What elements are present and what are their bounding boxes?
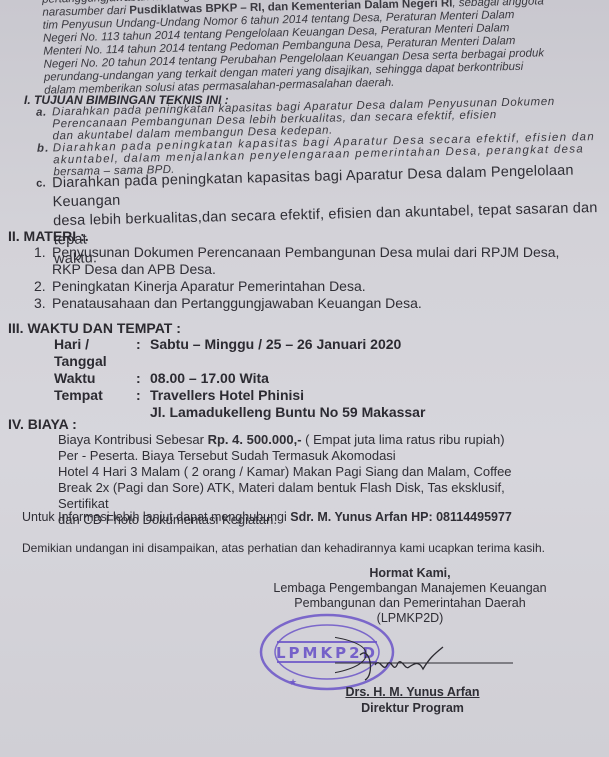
signer: Drs. H. M. Yunus Arfan Direktur Program xyxy=(340,684,485,716)
schedule-value: Travellers Hotel Phinisi xyxy=(150,387,304,404)
schedule-row: Waktu:08.00 – 17.00 Wita xyxy=(54,370,425,387)
closing-statement: Demikian undangan ini disampaikan, atas … xyxy=(22,541,545,555)
schedule-row: Hari / Tanggal:Sabtu – Minggu / 25 – 26 … xyxy=(54,336,425,370)
intro-text: pertanggungjawaban keuangan Desa. Untuk … xyxy=(42,0,609,98)
colon: : xyxy=(136,336,150,370)
biaya-amount: Rp. 4. 500.000,- xyxy=(208,432,302,447)
biaya-line: Hotel 4 Hari 3 Malam ( 2 orang / Kamar) … xyxy=(58,464,528,480)
biaya-text-segment: Biaya Kontribusi Sebesar xyxy=(58,432,208,447)
list-item: 3.Penatausahaan dan Pertanggungjawaban K… xyxy=(34,295,559,312)
invitation-letter-page: pertanggungjawaban keuangan Desa. Untuk … xyxy=(0,0,609,757)
greeting: Hormat Kami, xyxy=(250,566,570,581)
intro-text-segment: narasumber dari xyxy=(42,5,129,19)
materi-list: 1.Penyusunan Dokumen Perencanaan Pembang… xyxy=(34,244,559,312)
intro-paragraph: pertanggungjawaban keuangan Desa. Untuk … xyxy=(30,0,609,98)
intro-text-segment: , sebagai anggota xyxy=(452,0,544,9)
item-text: Penatausahaan dan Pertanggungjawaban Keu… xyxy=(52,295,422,312)
biaya-line: Break 2x (Pagi dan Sore) ATK, Materi dal… xyxy=(58,480,528,512)
section-waktu-tempat: III. WAKTU DAN TEMPAT : Hari / Tanggal:S… xyxy=(8,320,425,421)
section-heading: IV. BIAYA : xyxy=(8,416,528,432)
item-text: Peningkatan Kinerja Aparatur Pemerintaha… xyxy=(52,278,366,295)
schedule-value: 08.00 – 17.00 Wita xyxy=(150,370,269,387)
org-name: Lembaga Pengembangan Manajemen Keuangan xyxy=(250,581,570,596)
schedule-value: Sabtu – Minggu / 25 – 26 Januari 2020 xyxy=(150,336,401,370)
signer-name: Drs. H. M. Yunus Arfan xyxy=(340,684,485,700)
signer-title: Direktur Program xyxy=(340,700,485,716)
item-text: RKP Desa dan APB Desa. xyxy=(52,261,559,278)
schedule-label: Waktu xyxy=(54,370,136,387)
item-number: 3. xyxy=(34,295,52,312)
section-heading: II. MATERI :. xyxy=(8,228,559,244)
svg-text:★: ★ xyxy=(289,678,297,688)
biaya-line: Per - Peserta. Biaya Tersebut Sudah Term… xyxy=(58,448,528,464)
item-marker: a. xyxy=(36,106,53,142)
biaya-text-segment: ( Empat juta lima ratus ribu rupiah) xyxy=(302,432,505,447)
item-number: 1. xyxy=(34,244,52,278)
biaya-line: Biaya Kontribusi Sebesar Rp. 4. 500.000,… xyxy=(58,432,528,448)
signature-icon xyxy=(335,630,515,685)
colon: : xyxy=(136,387,150,404)
item-text: Penyusunan Dokumen Perencanaan Pembangun… xyxy=(52,244,559,261)
item-number: 2. xyxy=(34,278,52,295)
contact-info: Untuk Informasi lebih lanjut dapat mengh… xyxy=(22,510,512,524)
schedule-row: Tempat:Travellers Hotel Phinisi xyxy=(54,387,425,404)
schedule-table: Hari / Tanggal:Sabtu – Minggu / 25 – 26 … xyxy=(54,336,425,421)
item-marker: b. xyxy=(37,142,54,178)
contact-person: Sdr. M. Yunus Arfan HP: 08114495977 xyxy=(290,510,512,524)
org-name: Pembangunan dan Pemerintahan Daerah xyxy=(250,596,570,611)
section-materi: II. MATERI :. 1.Penyusunan Dokumen Peren… xyxy=(8,228,559,312)
list-item: 2.Peningkatan Kinerja Aparatur Pemerinta… xyxy=(34,278,559,295)
colon: : xyxy=(136,370,150,387)
contact-text: Untuk Informasi lebih lanjut dapat mengh… xyxy=(22,510,290,524)
section-heading: III. WAKTU DAN TEMPAT : xyxy=(8,320,425,336)
list-item: 1.Penyusunan Dokumen Perencanaan Pembang… xyxy=(34,244,559,278)
schedule-label: Tempat xyxy=(54,387,136,404)
schedule-label: Hari / Tanggal xyxy=(54,336,136,370)
